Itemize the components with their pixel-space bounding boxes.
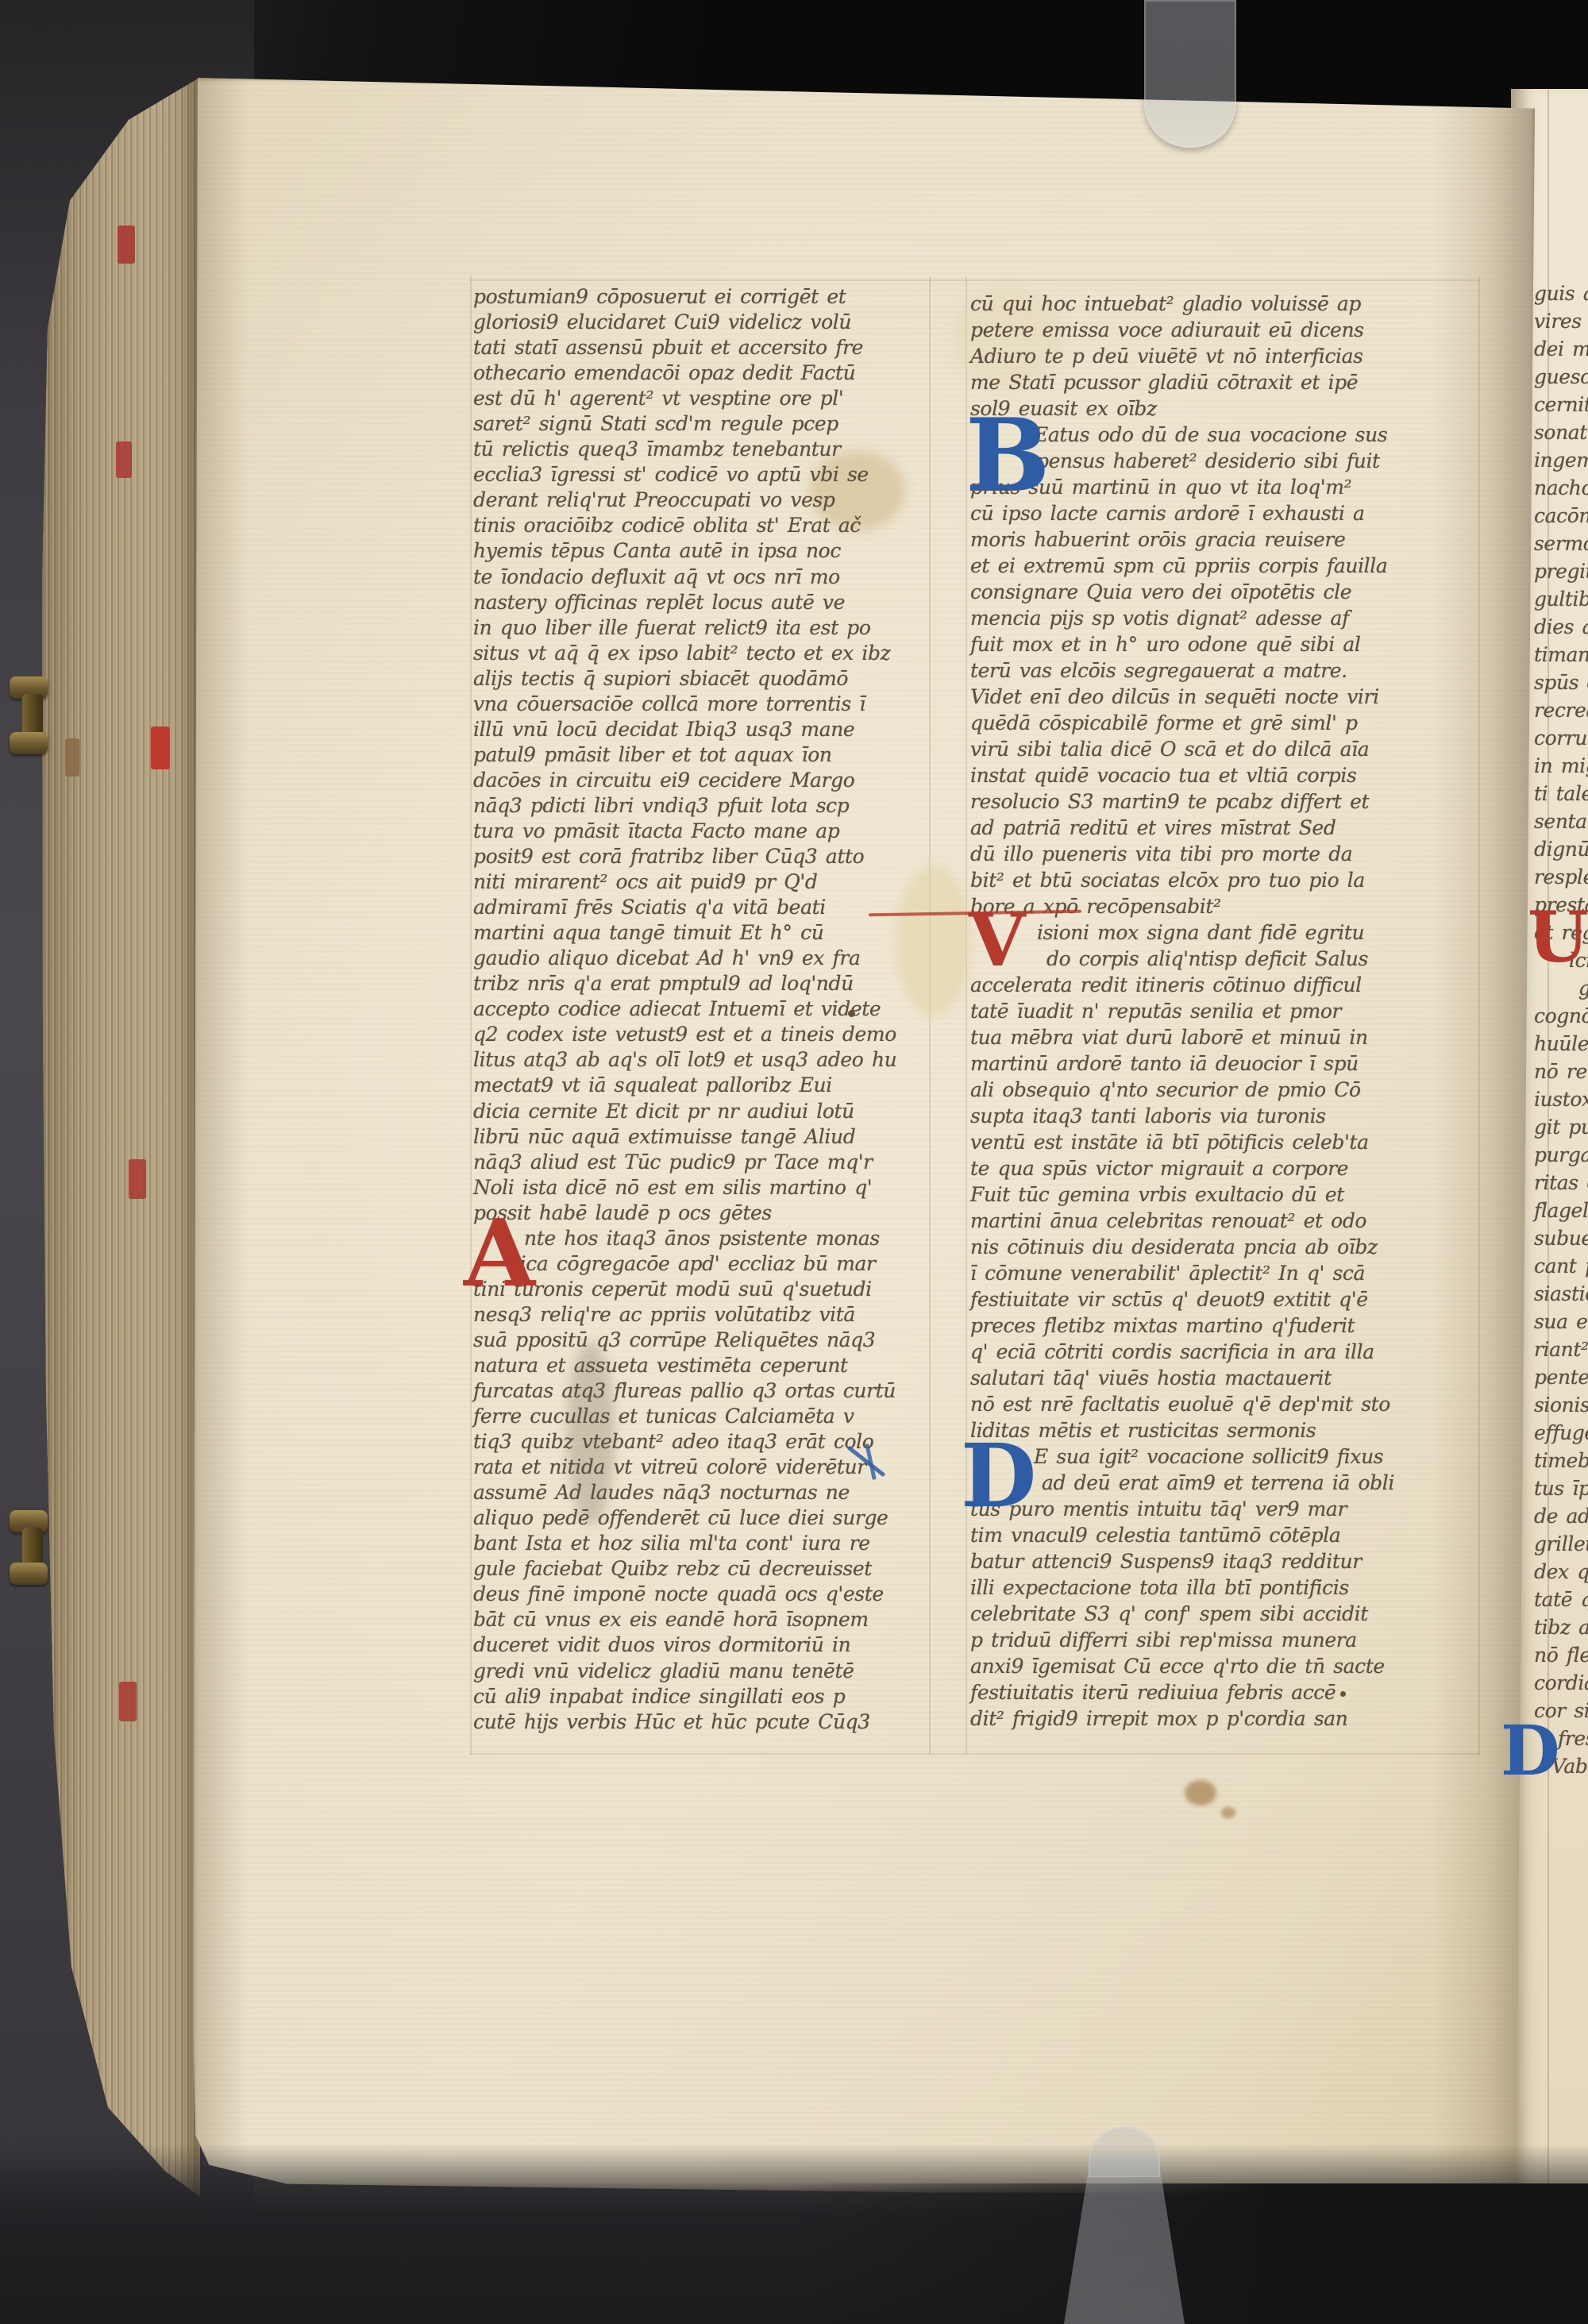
text-line: bore a xpō recōpensabit² (970, 893, 1482, 919)
bookmark-tab (119, 1682, 137, 1721)
text-line: martinū ardorē tanto iā deuocior ī spū (970, 1050, 1482, 1077)
text-line: Fuit tūc gemina vrbis exultacio dū et (970, 1181, 1482, 1208)
text-line: resplendet (1534, 863, 1588, 891)
text-line: dei miscdl (1534, 335, 1588, 363)
text-line: gultibz Ac (1534, 585, 1588, 613)
text-line: bit² et btū sociatas elcōx pro tuo pio l… (970, 867, 1482, 893)
illuminated-initial-D: D (961, 1436, 1036, 1516)
text-line: mencia pijs sp votis dignat² adesse af (970, 605, 1482, 631)
bookmark-tab (118, 225, 135, 264)
text-line: nāq3 aliud est Tūc pudic9 pr Tace mq'r (473, 1150, 930, 1175)
text-line: guis atq3 (1534, 279, 1588, 307)
text-line: sionis ei9 ni (1534, 1391, 1588, 1419)
text-line: martini aqua tangē timuit Et h° cū (473, 920, 930, 946)
text-line: ad deū erat aīm9 et terrena iā obli (970, 1470, 1482, 1496)
text-line: nō reliquet (1534, 1058, 1588, 1085)
illuminated-initial-A: A (464, 1212, 535, 1297)
text-line: in migrat (1534, 752, 1588, 780)
text-line: accelerata redit itineris cōtinuo diffic… (970, 972, 1482, 998)
text-line: dicia cernite Et dicit pr nr audiui lotū (473, 1099, 930, 1124)
text-line: terū vas elcōis segregauerat a matre. (970, 657, 1482, 684)
text-line: sonat tu (1534, 418, 1588, 446)
text-line: derant reliq'rut Preoccupati vo vesp (473, 488, 930, 513)
text-line: me Statī pcussor gladiū cōtraxit et ipē (970, 369, 1482, 395)
text-line: purgandū (1534, 1141, 1588, 1169)
text-line: consignare Quia vero dei oīpotētis cle (970, 579, 1482, 605)
text-line: saret² signū Stati scd'm regule pcep (473, 411, 930, 437)
text-line: anxi9 īgemisat Cū ecce q'rto die tn̄ sac… (970, 1653, 1482, 1679)
text-line: tibz assiduita (1534, 1613, 1588, 1641)
text-line: subuencion (1534, 1224, 1588, 1252)
text-line: tua mēbra viat durū laborē et minuū in (970, 1024, 1482, 1050)
text-line: resolucio S3 martin9 te pcabz differt et (970, 788, 1482, 815)
text-line: vires Tuē (1534, 307, 1588, 335)
bookmark-tab (129, 1159, 146, 1199)
ruling-line (470, 276, 472, 1755)
cradle-strap-top (1144, 0, 1236, 148)
text-line: dacōes in circuitu ei9 cecidere Margo (473, 768, 930, 793)
text-line: festiuitate vir sctūs q' deuot9 extitit … (970, 1286, 1482, 1312)
text-line: cant psinmē (1534, 1252, 1588, 1280)
text-line: ī cōmune venerabilit' āplectit² In q' sc… (970, 1260, 1482, 1286)
text-line: do corpis aliq'ntisp deficit Salus (970, 946, 1482, 972)
text-line: gloriosi9 elucidaret Cui9 videlicz volū (473, 310, 930, 335)
text-line: E sua igit² vocacione sollicit9 fixus (970, 1443, 1482, 1470)
text-line: et ei extremū spm cū ppriis corpis fauil… (970, 553, 1482, 579)
text-line: virū sibi talia dicē O scā et do dilcā a… (970, 736, 1482, 762)
text-line: tatē īuadit n' reputās senilia et pmor (970, 998, 1482, 1024)
text-line: admiramī frēs Sciatis q'a vitā beati (473, 895, 930, 920)
text-line: tati statī assensū pbuit et accersito fr… (473, 335, 930, 360)
text-line: Noli ista dicē nō est em silis martino q… (473, 1175, 930, 1201)
text-line: litus atq3 ab aq's olī lot9 et usq3 adeo… (473, 1047, 930, 1073)
text-line: niti mirarent² ocs ait puid9 pr Q'd (473, 869, 930, 895)
brown-stain-spot (1221, 1807, 1235, 1818)
brass-clasp (5, 1510, 51, 1586)
text-line: sentat Aq (1534, 807, 1588, 835)
text-line: te īondacio defluxit aq̄ vt ocs nrī mo (473, 565, 930, 590)
text-line: ali obsequio q'nto securior de pmio Cō (970, 1077, 1482, 1103)
clasp-knob (10, 1563, 48, 1585)
text-line: corruptibi (1534, 724, 1588, 752)
text-line: recreatus (1534, 696, 1588, 724)
text-line: q' eciā cōtriti cordis sacrificia in ara… (970, 1339, 1482, 1365)
page-gutter-shade-left (193, 78, 249, 2195)
text-line: liditas mētis et rusticitas sermonis (970, 1417, 1482, 1443)
text-line: dignū pij (1534, 835, 1588, 863)
text-line: illū vnū locū decidat Ibiq3 usq3 mane (473, 717, 930, 742)
text-line: tū relictis queq3 īmambz tenebantur (473, 437, 930, 462)
text-line: postumian9 cōposuerut ei corrigēt et (473, 284, 930, 310)
text-line: timebat et h (1534, 1447, 1588, 1474)
clasp-knob (10, 732, 48, 754)
text-line: salutari tāq' viuēs hostia mactauerit (970, 1365, 1482, 1391)
text-line: vna cōuersaciōe collcā more torrentis ī (473, 692, 930, 717)
text-line: cacōnē ir (1534, 502, 1588, 530)
text-line: gaus (1534, 974, 1588, 1002)
text-line: ferre cucullas et tunicas Calciamēta v (473, 1404, 930, 1429)
text-line: dex qui sedet s (1534, 1558, 1588, 1586)
text-line: git pupillā (1534, 1113, 1588, 1141)
text-line: in quo liber ille fuerat relict9 ita est… (473, 615, 930, 641)
text-line: duceret vidit duos viros dormitoriū in (473, 1632, 930, 1658)
text-line: p triduū differri sibi rep'missa munera (970, 1627, 1482, 1653)
text-line: cordias suas (1534, 1669, 1588, 1697)
text-line: martini ānua celebritas renouat² et odo (970, 1208, 1482, 1234)
text-line: guescat eg (1534, 363, 1588, 391)
illuminated-initial-D: D (1501, 1720, 1560, 1783)
text-line: pentenciā sc (1534, 1363, 1588, 1391)
text-line: deus finē imponē nocte quadā ocs q'este (473, 1582, 930, 1607)
text-line: sermonibz (1534, 530, 1588, 557)
ruling-line (470, 279, 1480, 281)
text-line: furcatas atq3 flureas pallio q3 ortas cu… (473, 1378, 930, 1404)
text-line: tim vnacul9 celestia tantūmō cōtēpla (970, 1522, 1482, 1548)
illuminated-initial-V: V (969, 907, 1025, 974)
text-line: nō est nrē facltatis euoluē q'ē dep'mit … (970, 1391, 1482, 1417)
text-line: ad patriā reditū et vires mīstrat Sed (970, 815, 1482, 841)
text-line: ingemina (1534, 446, 1588, 474)
text-line: suā ppositū q3 corrūpe Reliquētes nāq3 (473, 1328, 930, 1353)
text-line: hyemis tēpus Canta autē in ipsa noc (473, 538, 930, 564)
text-line: aliquo pedē offenderēt cū luce diei surg… (473, 1505, 930, 1531)
text-line: tribz nrīs q'a erat pmptul9 ad loq'ndū (473, 971, 930, 996)
text-line: ti talenti (1534, 780, 1588, 807)
text-line: spūs diuin (1534, 669, 1588, 696)
text-line: cernit sus (1534, 391, 1588, 418)
text-line: ventū est instāte iā btī pōtificis celeb… (970, 1129, 1482, 1155)
text-line: sua et in ml' (1534, 1308, 1588, 1335)
text-line: tinis oraciōibz codicē oblita st' Erat a… (473, 513, 930, 538)
text-line: nachos vr (1534, 474, 1588, 502)
text-line: cutē hijs verbis Hūc et hūc pcute Cūq3 (473, 1709, 930, 1735)
text-line: instat quidē vocacio tua et vltiā corpis (970, 762, 1482, 788)
text-line: siasticam īuc (1534, 1280, 1588, 1308)
text-line: flagellari et (1534, 1197, 1588, 1224)
text-line: isioni mox signa dant fidē egritu (970, 919, 1482, 946)
text-line: q2 codex iste vetust9 est et a tineis de… (473, 1022, 930, 1047)
text-line: possit habē laudē p ocs gētes (473, 1201, 930, 1226)
text-line: ecclia3 īgressi st' codicē vo aptū vbi s… (473, 462, 930, 488)
text-line: tiq3 quibz vtebant² adeo itaq3 erāt colo (473, 1429, 930, 1455)
text-line: ritas cox du (1534, 1169, 1588, 1197)
text-line: de aduersario (1534, 1502, 1588, 1530)
text-line: cū qui hoc intuebat² gladio voluissē ap (970, 291, 1482, 317)
text-line: est dū h' agerent² vt vesptine ore pl' (473, 386, 930, 411)
text-line: timane ce (1534, 641, 1588, 669)
text-line: quēdā cōspicabilē forme et grē siml' p (970, 710, 1482, 736)
text-line: grillet me deu (1534, 1530, 1588, 1558)
text-line: situs vt aq̄ q̄ ex ipso labit² tecto et … (473, 641, 930, 666)
bookmark-tab (151, 726, 170, 769)
text-line: pregit bn̄ (1534, 557, 1588, 585)
brass-clasp (5, 676, 51, 756)
text-line: te qua spūs victor migrauit a corpore (970, 1155, 1482, 1181)
text-line: tus īportūit (1534, 1474, 1588, 1502)
text-line: moris habuerint orōis gracia reuisere (970, 526, 1482, 553)
text-line: Videt enī deo dilcūs in sequēti nocte vi… (970, 684, 1482, 710)
text-line: gaudio aliquo dicebat Ad h' vn9 ex fra (473, 946, 930, 971)
text-line: cognōmeto (1534, 1002, 1588, 1030)
text-line: supta itaq3 tanti laboris via turonis (970, 1103, 1482, 1129)
text-line: accepto codice adiecat Intuemī et videte (473, 996, 930, 1022)
text-line: nis cōtinuis diu desiderata pncia ab oīb… (970, 1234, 1482, 1260)
bookmark-tab (116, 441, 132, 478)
text-line: cū ali9 inpabat indice singillati eos p (473, 1684, 930, 1709)
text-line: othecario emendacōi opaz dedit Factū (473, 360, 930, 386)
text-line: nastery officinas replēt locus autē ve (473, 590, 930, 615)
text-line: mectat9 vt iā squaleat palloribz Eui (473, 1073, 930, 1098)
text-line: nō flectet² et (1534, 1641, 1588, 1669)
text-line: gule faciebat Quibz rebz cū decreuisset (473, 1556, 930, 1582)
text-line: tura vo pmāsit ītacta Facto mane ap (473, 819, 930, 844)
ruling-line (470, 1753, 1480, 1755)
text-line: nāq3 pdicti libri vndiq3 pfuit lota scp (473, 793, 930, 819)
text-line: tatē quiq3 fa (1534, 1586, 1588, 1613)
text-line: patul9 pmāsit liber et tot aquax īon (473, 742, 930, 768)
text-line: bant Ista et hoz silia ml'ta cont' iura … (473, 1531, 930, 1556)
text-line: assumē Ad laudes nāq3 nocturnas ne (473, 1480, 930, 1505)
text-line: alijs tectis q̄ supiori sbiacēt quodāmō (473, 666, 930, 692)
text-line: gredi vnū videlicz gladiū manu tenētē (473, 1659, 930, 1684)
text-line: nesq3 reliq're ac ppriis volūtatibz vitā (473, 1302, 930, 1328)
text-line: dies ante (1534, 613, 1588, 641)
text-line: dū illo pueneris vita tibi pro morte da (970, 841, 1482, 867)
text-column-facing-page: guis atq3vires Tuēdei miscdlguescat egce… (1534, 279, 1588, 1780)
text-line: riant² nisi re (1534, 1335, 1588, 1363)
illuminated-initial-U: U (1528, 905, 1588, 969)
text-line: bāt cū vnus ex eis eandē horā īsopnem (473, 1607, 930, 1632)
text-line: fuit mox et in h° uro odone quē sibi al (970, 631, 1482, 657)
photo-background-bottom-right (794, 2183, 1588, 2324)
text-line: posit9 est corā fratribz liber Cūq3 atto (473, 844, 930, 869)
text-line: effugere Si c (1534, 1419, 1588, 1447)
text-column-left: postumian9 cōposuerut ei corrigēt etglor… (473, 284, 930, 1735)
text-line: tini turonis ceperūt modū suū q'suetudi (473, 1277, 930, 1302)
bookmark-tab (65, 738, 79, 777)
illuminated-initial-B: B (966, 410, 1050, 503)
text-line: dit² frigid9 irrepit mox p p'cordia san (970, 1705, 1482, 1732)
text-line: Adiuro te p deū viuētē vt nō interficias (970, 343, 1482, 369)
text-line: tus puro mentis intuitu tāq' ver9 mar (970, 1496, 1482, 1522)
brown-stain-spot (1185, 1780, 1216, 1806)
text-line: preces fletibz mixtas martino q'fuderit (970, 1312, 1482, 1339)
text-line: librū nūc aquā extimuisse tangē Aliud (473, 1124, 930, 1150)
text-line: illi expectacione tota illa btī pontific… (970, 1574, 1482, 1601)
text-line: batur attenci9 Suspens9 itaq3 redditur (970, 1548, 1482, 1574)
text-line: huūles q' con (1534, 1030, 1588, 1058)
text-line: petere emissa voce adiurauit eū dicens (970, 317, 1482, 343)
text-line: festiuitatis iterū rediuiua febris accē (970, 1679, 1482, 1705)
text-line: iustox q' et (1534, 1085, 1588, 1113)
text-line: tica cōgregacōe apd' eccliaz bū mar (473, 1251, 930, 1277)
text-line: natura et assueta vestimēta ceperunt (473, 1353, 930, 1378)
text-line: nte hos itaq3 ānos psistente monas (473, 1226, 930, 1251)
text-line: celebritate S3 q' conf' spem sibi accidi… (970, 1601, 1482, 1627)
manuscript-photo: postumian9 cōposuerut ei corrigēt etglor… (0, 0, 1588, 2324)
